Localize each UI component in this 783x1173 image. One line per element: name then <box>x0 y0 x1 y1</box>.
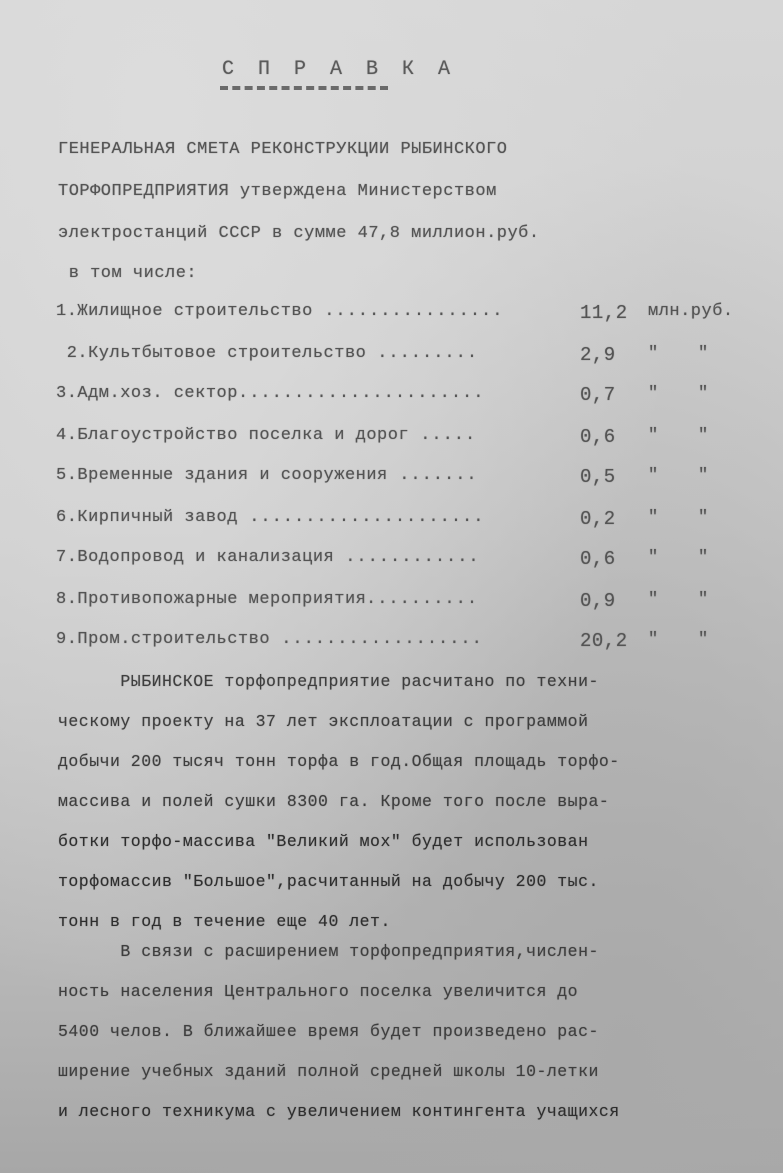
cost-item-label: 4.Благоустройство поселка и дорог <box>56 426 409 445</box>
cost-item-label: 3.Адм.хоз. сектор <box>56 384 238 403</box>
paragraph-line: массива и полей сушки 8300 га. Кроме тог… <box>58 792 609 811</box>
dotted-leader: .......... <box>366 590 478 609</box>
cost-item-row: 2.Культбытовое строительство .........2,… <box>56 344 746 370</box>
cost-item-value: 0,6 <box>580 548 640 570</box>
cost-item-label: 5.Временные здания и сооружения <box>56 466 388 485</box>
cost-item-row: 8.Противопожарные мероприятия..........0… <box>56 590 746 616</box>
cost-item-row: 1.Жилищное строительство ...............… <box>56 302 746 328</box>
cost-item-unit-ditto: " <box>698 466 709 485</box>
document-page: С П Р А В К А ГЕНЕРАЛЬНАЯ СМЕТА РЕКОНСТР… <box>0 0 783 1173</box>
cost-item-value: 0,9 <box>580 590 640 612</box>
cost-item-unit: " <box>648 630 659 649</box>
intro-line: электростанций СССР в сумме 47,8 миллион… <box>58 224 540 243</box>
paragraph-line: торфомассив "Большое",расчитанный на доб… <box>58 872 599 891</box>
cost-item-unit: " <box>648 466 659 485</box>
cost-item-unit: " <box>648 548 659 567</box>
dotted-leader: ................ <box>313 302 503 321</box>
cost-item-unit: млн.руб. <box>648 302 734 321</box>
cost-item-label: 9.Пром.строительство <box>56 630 270 649</box>
dotted-leader: ..... <box>409 426 476 445</box>
cost-item-unit-ditto: " <box>698 508 709 527</box>
dotted-leader: ....... <box>388 466 478 485</box>
cost-item-unit: " <box>648 344 659 363</box>
cost-item-row: 3.Адм.хоз. сектор......................0… <box>56 384 746 410</box>
cost-item-unit: " <box>648 384 659 403</box>
dotted-leader: ..................... <box>238 508 484 527</box>
intro-line: ТОРФОПРЕДПРИЯТИЯ утверждена Министерство… <box>58 182 497 201</box>
cost-item-row: 4.Благоустройство поселка и дорог .....0… <box>56 426 746 452</box>
cost-item-unit-ditto: " <box>698 590 709 609</box>
dotted-leader: .................. <box>270 630 483 649</box>
cost-item-value: 0,2 <box>580 508 640 530</box>
cost-item-row: 9.Пром.строительство ..................2… <box>56 630 746 656</box>
cost-item-value: 0,5 <box>580 466 640 488</box>
cost-item-label: 8.Противопожарные мероприятия <box>56 590 366 609</box>
cost-item-unit-ditto: " <box>698 548 709 567</box>
cost-item-label: 2.Культбытовое строительство <box>56 344 366 363</box>
cost-item-value: 0,6 <box>580 426 640 448</box>
paragraph-line: В связи с расширением торфопредприятия,ч… <box>58 942 599 961</box>
cost-item-label: 6.Кирпичный завод <box>56 508 238 527</box>
cost-item-unit: " <box>648 508 659 527</box>
paragraph-line: ческому проекту на 37 лет эксплоатации с… <box>58 712 588 731</box>
cost-item-unit-ditto: " <box>698 384 709 403</box>
document-title: С П Р А В К А <box>222 58 456 81</box>
cost-item-unit-ditto: " <box>698 630 709 649</box>
paragraph-line: тонн в год в течение еще 40 лет. <box>58 912 391 931</box>
intro-line: в том числе: <box>58 264 197 283</box>
cost-item-value: 0,7 <box>580 384 640 406</box>
title-underline <box>220 86 388 90</box>
dotted-leader: ...................... <box>238 384 484 403</box>
cost-item-row: 7.Водопровод и канализация ............0… <box>56 548 746 574</box>
cost-item-unit: " <box>648 426 659 445</box>
paragraph-line: РЫБИНСКОЕ торфопредприятие расчитано по … <box>58 672 599 691</box>
cost-item-label: 7.Водопровод и канализация <box>56 548 334 567</box>
intro-line: ГЕНЕРАЛЬНАЯ СМЕТА РЕКОНСТРУКЦИИ РЫБИНСКО… <box>58 140 507 159</box>
cost-item-unit-ditto: " <box>698 426 709 445</box>
paragraph-line: добычи 200 тысяч тонн торфа в год.Общая … <box>58 752 620 771</box>
paragraph-line: 5400 челов. В ближайшее время будет прои… <box>58 1022 599 1041</box>
cost-item-unit: " <box>648 590 659 609</box>
cost-item-row: 5.Временные здания и сооружения .......0… <box>56 466 746 492</box>
dotted-leader: ............ <box>334 548 480 567</box>
dotted-leader: ......... <box>366 344 478 363</box>
cost-item-value: 20,2 <box>580 630 640 652</box>
paragraph-line: и лесного техникума с увеличением контин… <box>58 1102 620 1121</box>
paragraph-line: ширение учебных зданий полной средней шк… <box>58 1062 599 1081</box>
paragraph-line: ность населения Центрального поселка уве… <box>58 982 578 1001</box>
paragraph-line: ботки торфо-массива "Великий мох" будет … <box>58 832 588 851</box>
cost-item-row: 6.Кирпичный завод .....................0… <box>56 508 746 534</box>
cost-item-value: 2,9 <box>580 344 640 366</box>
cost-item-value: 11,2 <box>580 302 640 324</box>
cost-item-unit-ditto: " <box>698 344 709 363</box>
cost-item-label: 1.Жилищное строительство <box>56 302 313 321</box>
